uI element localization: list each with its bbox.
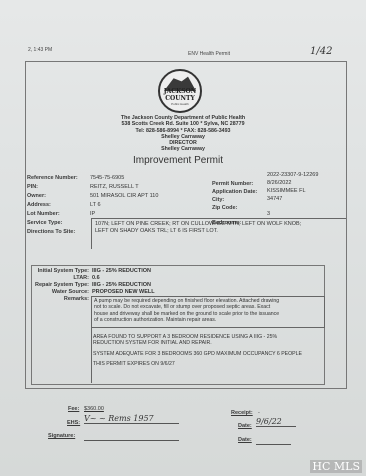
jackson-county-logo: JACKSON COUNTY Public Health [158, 69, 202, 113]
handwritten-page-number: 1/42 [310, 46, 332, 57]
logo-text-sub: Public Health [160, 102, 200, 106]
remarks-divider [91, 326, 92, 383]
ehs-signature: V~ ~ Rems 1957 [84, 414, 179, 424]
field-directions: Directions To Site: [27, 220, 75, 238]
logo-text-jackson: JACKSON [160, 88, 200, 95]
fee-value: $360.00 [84, 406, 104, 412]
ehs-label: EHS: [67, 420, 80, 426]
date-label-2: Date: [238, 437, 252, 443]
page-header-title: ENV Health Permit [188, 51, 230, 57]
department-header: The Jackson County Department of Public … [0, 115, 366, 153]
remark-line: of a construction authorization. Maintai… [94, 317, 322, 323]
hcmls-watermark: HC MLS [310, 460, 362, 473]
date-value-1: 9/6/22 [256, 417, 296, 427]
remarks-box: A pump may be required depending on fini… [91, 296, 325, 328]
fee-label: Fee: [68, 406, 79, 412]
directions-box: 107N; LEFT ON PINE CREEK; RT ON CULLOWHE… [91, 218, 346, 249]
document-title: Improvement Permit [0, 155, 361, 166]
signature-label: Signature: [48, 433, 75, 439]
director-name-2: Shelley Carraway [0, 146, 366, 152]
receipt-label: Receipt: [231, 410, 253, 416]
remarks-extra: AREA FOUND TO SUPPORT A 3 BEDROOM RESIDE… [93, 334, 323, 368]
logo-text-county: COUNTY [160, 95, 200, 102]
print-time: 2, 1:43 PM [28, 47, 52, 53]
date-line-2[interactable] [256, 443, 291, 445]
receipt-value: - [258, 410, 260, 416]
date-label-1: Date: [238, 423, 252, 429]
directions-line: LEFT ON SHADY OAKS TRL; LT 6 IS FIRST LO… [95, 228, 346, 235]
signature-line[interactable] [84, 439, 179, 441]
